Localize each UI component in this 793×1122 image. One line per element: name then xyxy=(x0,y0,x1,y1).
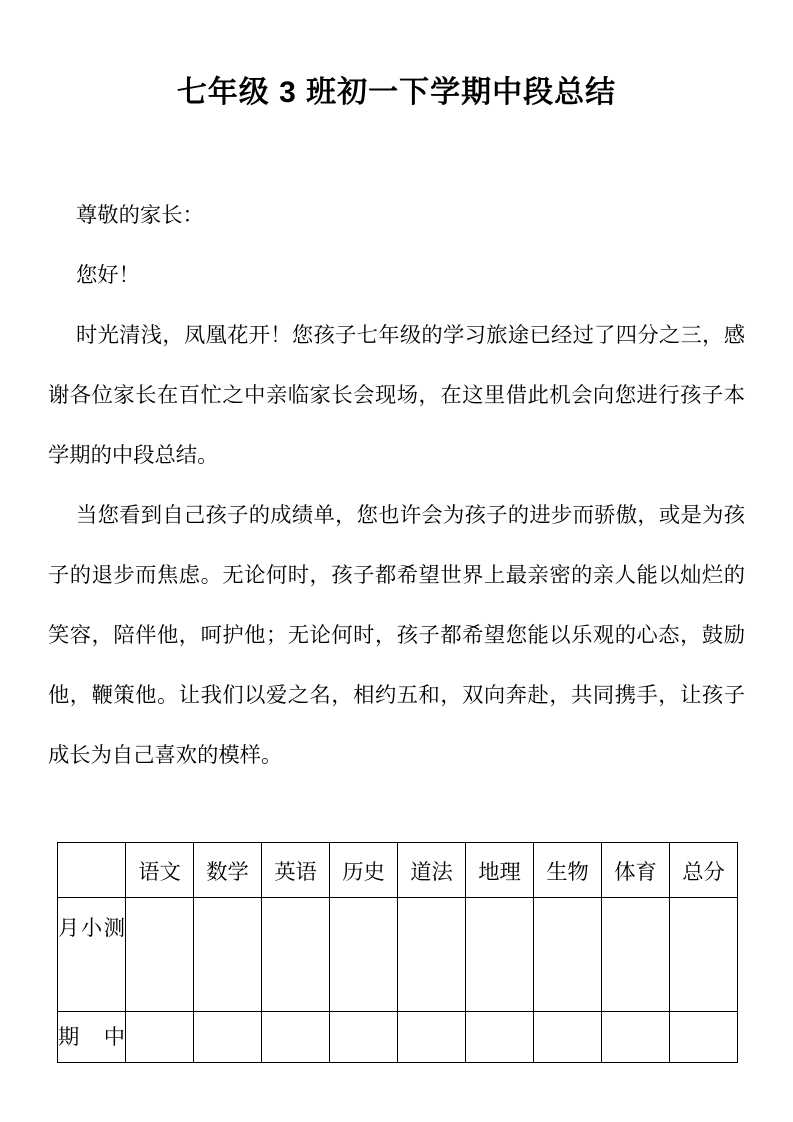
score-cell-quiz-ethics xyxy=(398,898,466,1012)
score-table: 语文 数学 英语 历史 道法 地理 生物 体育 总分 月小测 xyxy=(57,842,738,1063)
corner-cell xyxy=(58,843,126,898)
greeting-paragraph: 您好！ xyxy=(48,245,745,305)
score-cell-midterm-pe xyxy=(602,1012,670,1063)
score-cell-midterm-chinese xyxy=(126,1012,194,1063)
col-header-math: 数学 xyxy=(194,843,262,898)
score-cell-quiz-pe xyxy=(602,898,670,1012)
score-cell-quiz-total xyxy=(670,898,738,1012)
score-cell-midterm-math xyxy=(194,1012,262,1063)
score-cell-midterm-english xyxy=(262,1012,330,1063)
score-cell-midterm-history xyxy=(330,1012,398,1063)
page-title: 七年级 3 班初一下学期中段总结 xyxy=(48,71,745,115)
salutation-paragraph: 尊敬的家长： xyxy=(48,185,745,245)
score-cell-quiz-history xyxy=(330,898,398,1012)
score-cell-quiz-geography xyxy=(466,898,534,1012)
col-header-total: 总分 xyxy=(670,843,738,898)
midterm-row: 期中 xyxy=(58,1012,738,1063)
row-label-midterm: 期中 xyxy=(58,1012,126,1063)
intro-paragraph: 时光清浅，凤凰花开！您孩子七年级的学习旅途已经过了四分之三，感谢各位家长在百忙之… xyxy=(48,305,745,485)
monthly-quiz-row: 月小测 xyxy=(58,898,738,1012)
letter-body: 尊敬的家长： 您好！ 时光清浅，凤凰花开！您孩子七年级的学习旅途已经过了四分之三… xyxy=(48,185,745,785)
col-header-history: 历史 xyxy=(330,843,398,898)
row-label-monthly-quiz: 月小测 xyxy=(58,898,126,1012)
score-table-header-row: 语文 数学 英语 历史 道法 地理 生物 体育 总分 xyxy=(58,843,738,898)
score-cell-quiz-english xyxy=(262,898,330,1012)
score-cell-midterm-ethics xyxy=(398,1012,466,1063)
score-cell-quiz-chinese xyxy=(126,898,194,1012)
score-cell-quiz-math xyxy=(194,898,262,1012)
score-cell-midterm-geography xyxy=(466,1012,534,1063)
document-page: 七年级 3 班初一下学期中段总结 尊敬的家长： 您好！ 时光清浅，凤凰花开！您孩… xyxy=(0,71,793,1063)
score-cell-midterm-total xyxy=(670,1012,738,1063)
col-header-biology: 生物 xyxy=(534,843,602,898)
col-header-ethics: 道法 xyxy=(398,843,466,898)
score-cell-quiz-biology xyxy=(534,898,602,1012)
col-header-english: 英语 xyxy=(262,843,330,898)
col-header-geography: 地理 xyxy=(466,843,534,898)
col-header-pe: 体育 xyxy=(602,843,670,898)
col-header-chinese: 语文 xyxy=(126,843,194,898)
encouragement-paragraph: 当您看到自己孩子的成绩单，您也许会为孩子的进步而骄傲，或是为孩子的退步而焦虑。无… xyxy=(48,485,745,785)
score-cell-midterm-biology xyxy=(534,1012,602,1063)
